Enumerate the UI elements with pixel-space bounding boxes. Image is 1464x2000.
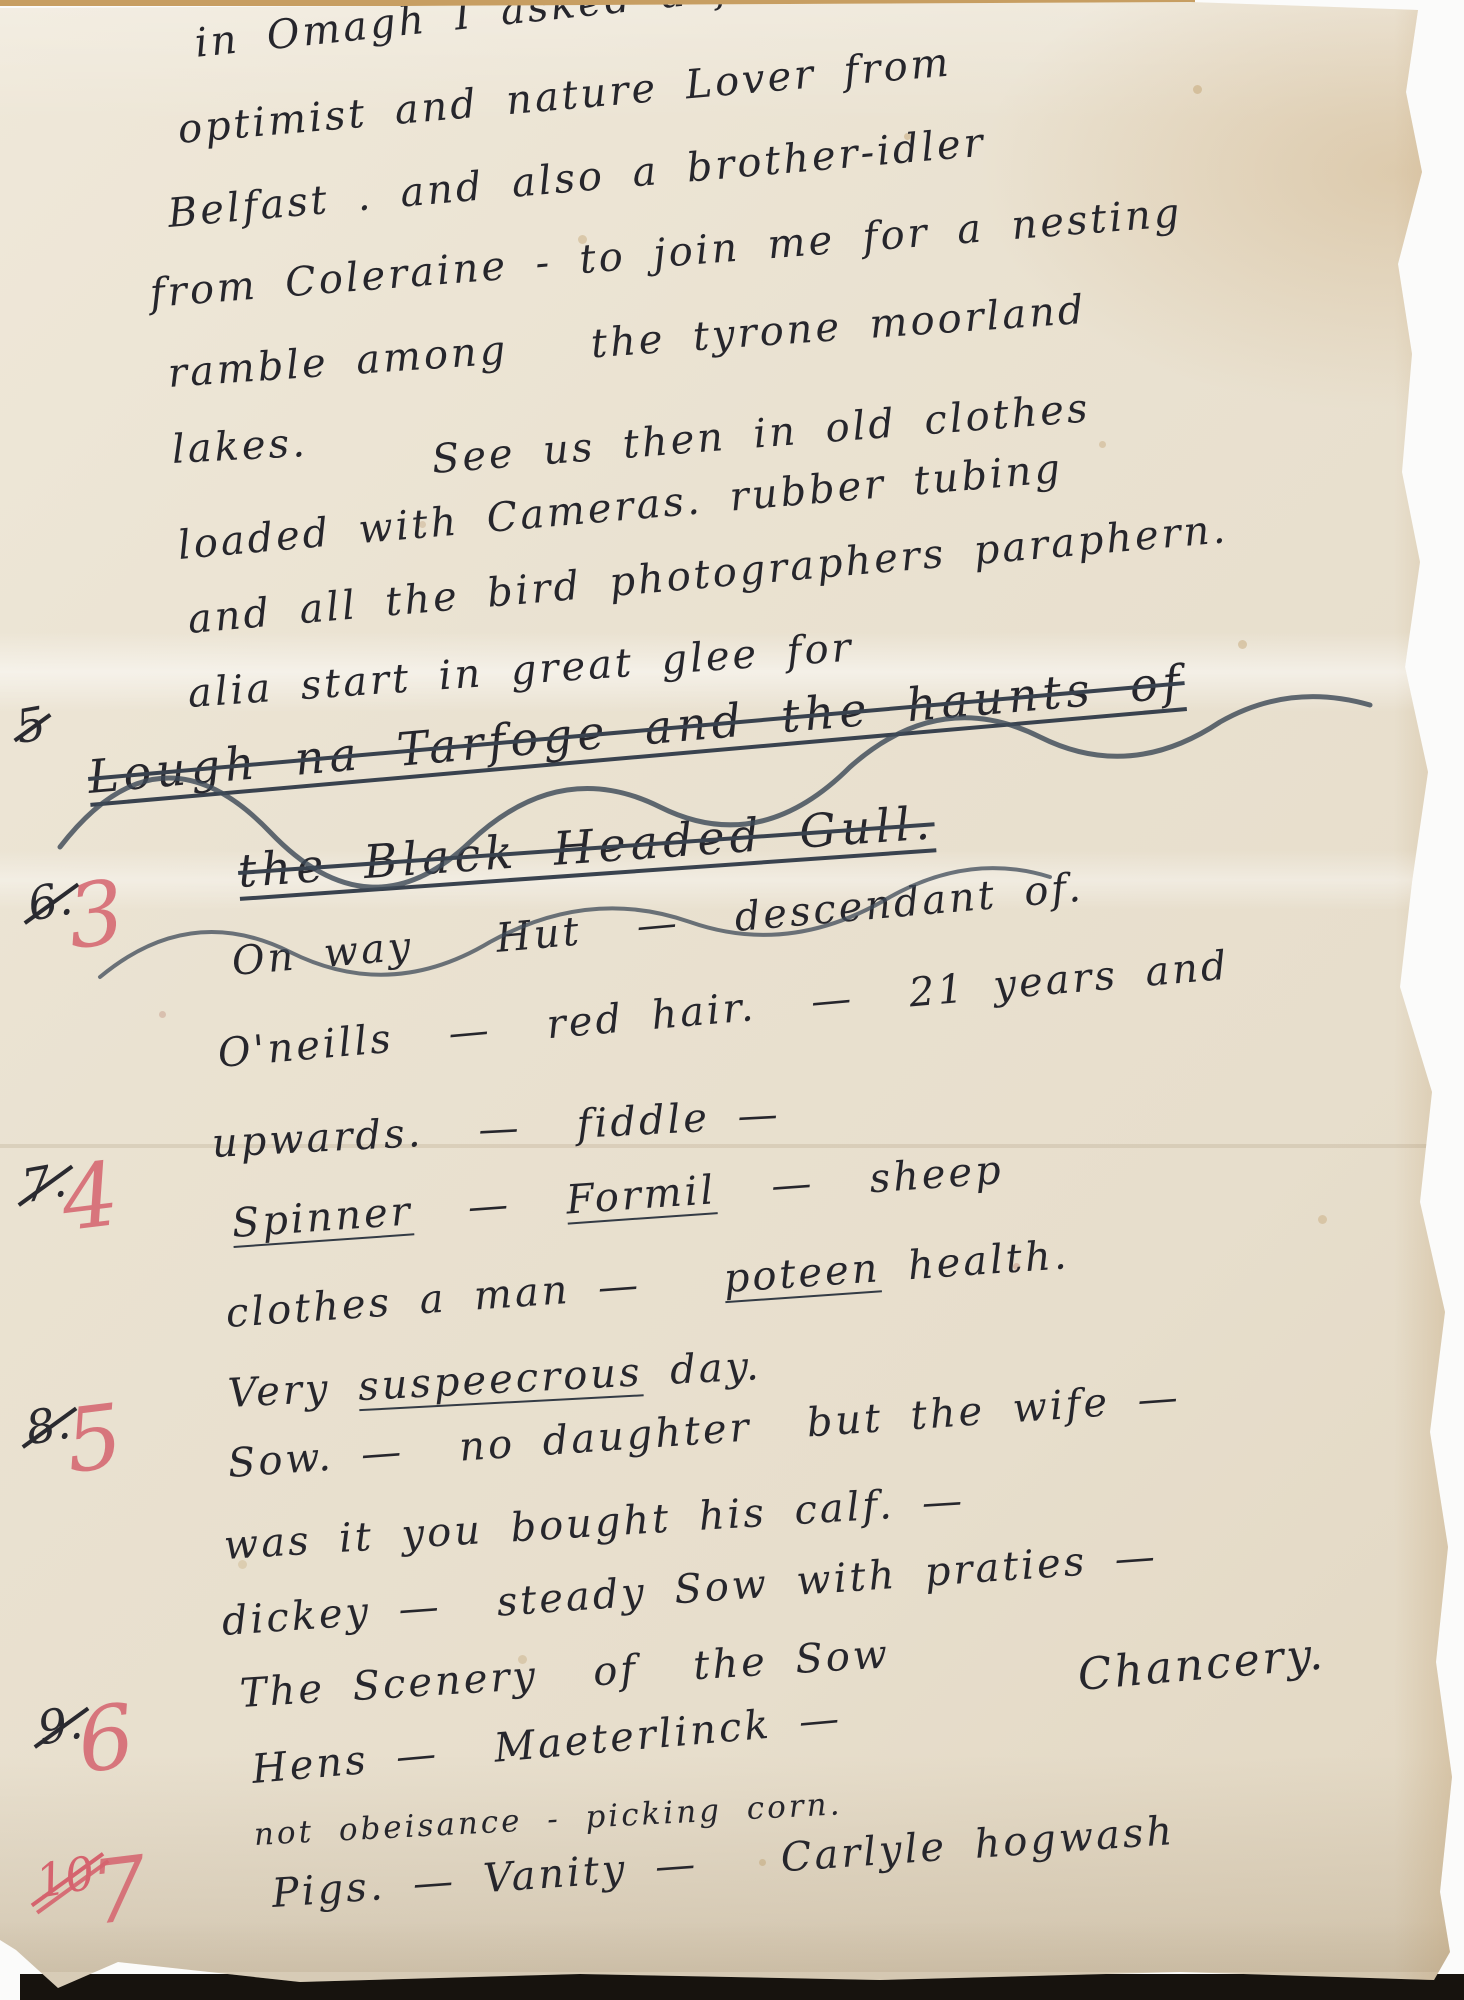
crossed-out-number: 5 <box>12 700 49 750</box>
handwritten-line: ramble among the tyrone moorland <box>167 290 1088 394</box>
handwritten-line: lakes. <box>171 423 309 470</box>
handwritten-line: was it you bought his calf. — <box>223 1481 966 1566</box>
scan-bottom-dark-strip <box>20 1974 1464 2000</box>
handwriting-layer: in Omagh I asked a friend - anoptimist a… <box>0 2 1464 1994</box>
handwritten-line: Spinner — Formil — sheep <box>231 1150 1005 1244</box>
underlined-text: poteen <box>722 1245 882 1302</box>
handwritten-line: clothes a man — poteen health. <box>225 1235 1071 1334</box>
red-pencil-number: 6 <box>74 1699 139 1780</box>
text-segment: — <box>411 1178 568 1235</box>
struck-text: the Black Headed Gull. <box>236 795 936 898</box>
handwritten-line: Chancery. <box>1076 1632 1327 1697</box>
text-segment: Chancery. <box>1076 1628 1328 1700</box>
text-segment: lakes. <box>171 420 309 473</box>
margin-number-mark: 7.4 <box>22 1160 118 1235</box>
text-segment: clothes a man — <box>224 1256 725 1337</box>
red-pencil-number: 3 <box>64 875 129 956</box>
red-pencil-number: 7 <box>86 1851 151 1932</box>
margin-number-mark: 107 <box>36 1854 147 1929</box>
underlined-text: Spinner <box>230 1188 414 1247</box>
margin-number-mark: 6.3 <box>28 878 124 953</box>
handwritten-line: upwards. — fiddle — <box>211 1094 782 1164</box>
underlined-text: Formil <box>565 1167 718 1223</box>
red-pencil-number: 4 <box>58 1157 123 1238</box>
text-segment: Very <box>227 1364 360 1417</box>
text-segment: day. <box>641 1343 762 1395</box>
text-segment: health. <box>879 1232 1071 1291</box>
handwritten-line: Very suspeecrous day. <box>227 1346 763 1414</box>
margin-number-mark: 9.6 <box>38 1702 134 1777</box>
manuscript-page: in Omagh I asked a friend - anoptimist a… <box>0 2 1464 1994</box>
red-pencil-number: 5 <box>62 1399 127 1480</box>
text-segment: — sheep <box>714 1147 1005 1213</box>
underlined-text: suspeecrous <box>357 1349 644 1410</box>
margin-number-mark: 5 <box>16 702 45 748</box>
text-segment: upwards. — fiddle — <box>211 1091 782 1167</box>
handwritten-line: Hens — Maeterlinck — <box>250 1698 843 1789</box>
margin-number-mark: 8.5 <box>26 1402 122 1477</box>
handwritten-line: the Black Headed Gull. <box>236 799 936 894</box>
